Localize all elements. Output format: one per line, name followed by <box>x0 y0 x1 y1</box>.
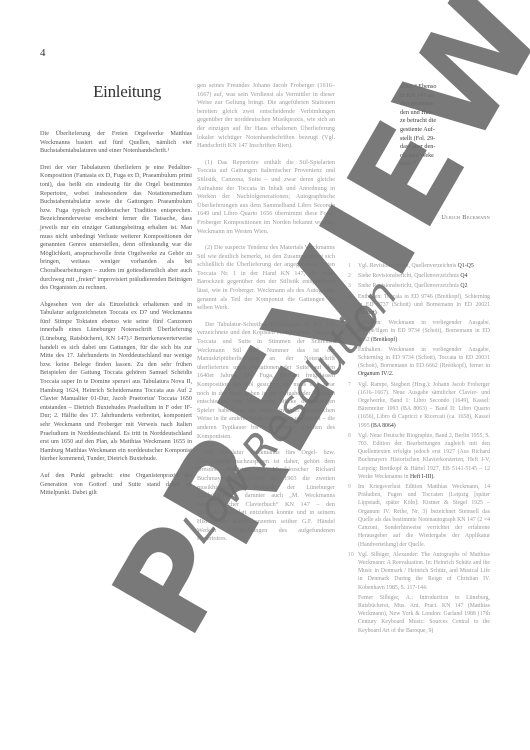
footnote-number: 2 <box>348 272 358 280</box>
footnote-text: Ferner Silbiger, A.: Introduction to Lün… <box>358 595 490 634</box>
right-column-continuation: achte.⁹ Ebenso zr KN 147 als den gesamte… <box>400 83 490 169</box>
paragraph: (1) Das Repertoire enthält die Stil-Spie… <box>197 159 335 236</box>
paragraph: Auf den Punkt gebracht: eine Organistenp… <box>40 472 192 498</box>
footnote-text: Vgl. Silbiger, Alexander: The Autographs… <box>358 552 490 591</box>
footnote-ref: (Schott) <box>358 310 377 316</box>
footnote: Ferner Silbiger, A.: Introduction to Lün… <box>348 594 490 635</box>
footnote-number: 10 <box>348 551 358 592</box>
footnote-ref: Q2 <box>460 283 467 289</box>
text-line: den und Han- <box>400 109 490 118</box>
footnote-text: Enthalten: Weckmann in vorliegender Ausg… <box>358 347 490 369</box>
footnote-number: 1 <box>348 262 358 270</box>
text-line: den gesamten <box>400 100 490 109</box>
footnote-ref: Heft I-III). <box>410 474 435 480</box>
footnote-number: 7 <box>348 381 358 430</box>
text-line: ze betracht die <box>400 117 490 126</box>
footnote-number: 8 <box>348 432 358 481</box>
footnote-number: 4 <box>348 293 358 318</box>
text-line: zr KN 147 als <box>400 92 490 101</box>
footnote: 5 Enthalten: Weckmann in vorliegender Au… <box>348 319 490 344</box>
footnote: 1 Vgl. Revisionsbericht, Quellenverzeich… <box>348 262 490 270</box>
text-line: dass aber den- <box>400 143 490 152</box>
text-line: gestiente Auf- <box>400 126 490 135</box>
author-signature: Ulrich Beckmann <box>380 214 490 221</box>
paragraph: gen seines Freundes Johann Jacob Froberg… <box>197 82 335 151</box>
page-number: 4 <box>40 47 46 59</box>
footnote-number: 5 <box>348 319 358 344</box>
footnote-text: Im Kriegsverlust Edition Matthias Weckma… <box>358 484 490 547</box>
footnote-ref: (BA 8064) <box>371 423 396 429</box>
footnote: 8 Vgl. Neue Deutsche Biographie, Band 2,… <box>348 432 490 481</box>
middle-column: gen seines Freundes Johann Jacob Froberg… <box>197 82 335 552</box>
footnote-ref: (Breitkopf) <box>371 337 397 343</box>
footnote-ref: Q1-Q5 <box>458 263 474 269</box>
paragraph: Die Tabulatur Weckmanns fürs Orgel- bzw.… <box>197 449 335 544</box>
footnote-number: 3 <box>348 282 358 290</box>
footnote-text: Vgl. Neue Deutsche Biographie, Band 2, B… <box>358 433 490 480</box>
footnotes: 1 Vgl. Revisionsbericht, Quellenverzeich… <box>348 262 490 637</box>
footnote-text: Enthalten: Toccata in ED 9746 (Breitkopf… <box>358 294 490 308</box>
footnote-text: Siehe Revisionsbericht, Quellenverzeichn… <box>358 283 459 289</box>
footnote: 7 Vgl. Rampe, Siegbert (Hrsg.): Johann J… <box>348 381 490 430</box>
footnote: 6 Enthalten: Weckmann in vorliegender Au… <box>348 346 490 379</box>
paragraph: Die Überlieferung der Freien Orgelwerke … <box>40 130 192 156</box>
text-line: achte.⁹ Ebenso <box>400 83 490 92</box>
footnote: 10 Vgl. Silbiger, Alexander: The Autogra… <box>348 551 490 592</box>
footnote-text: Siehe Revisionsbericht, Quellenverzeichn… <box>358 273 459 279</box>
footnote-text: Vgl. Revisionsbericht, Quellenverzeichni… <box>358 263 456 269</box>
text-line: chasten Weke <box>400 152 490 161</box>
page-title: Einleitung <box>60 82 194 102</box>
left-column: Die Überlieferung der Freien Orgelwerke … <box>40 130 192 506</box>
text-line: sind.¹⁰ <box>400 160 490 169</box>
footnote: 3 Siehe Revisionsbericht, Quellenverzeic… <box>348 282 490 290</box>
paragraph: Drei der vier Tabulaturen überliefern je… <box>40 164 192 293</box>
footnote-ref: Organum IV/2. <box>358 371 393 377</box>
footnote: 2 Siehe Revisionsbericht, Quellenverzeic… <box>348 272 490 280</box>
footnote-number <box>348 594 358 635</box>
footnote: 4 Enthalten: Toccata in ED 9746 (Breitko… <box>348 293 490 318</box>
footnote-number: 9 <box>348 483 358 549</box>
paragraph: Der Tabulatur-Schreiber Weckmanns für KN… <box>197 321 335 441</box>
footnote: 9 Im Kriegsverlust Edition Matthias Weck… <box>348 483 490 549</box>
footnote-number: 6 <box>348 346 358 379</box>
paragraph: (2) Die suspecte Tendenz des Materials W… <box>197 244 335 313</box>
footnote-ref: Q4 <box>460 273 467 279</box>
footnote-text: Vgl. Rampe, Siegbert (Hrsg.): Johann Jac… <box>358 382 490 429</box>
paragraph: Abgesehen von der als Einzelstück erhalt… <box>40 301 192 464</box>
text-line: stellt (Fol. 29- <box>400 135 490 144</box>
